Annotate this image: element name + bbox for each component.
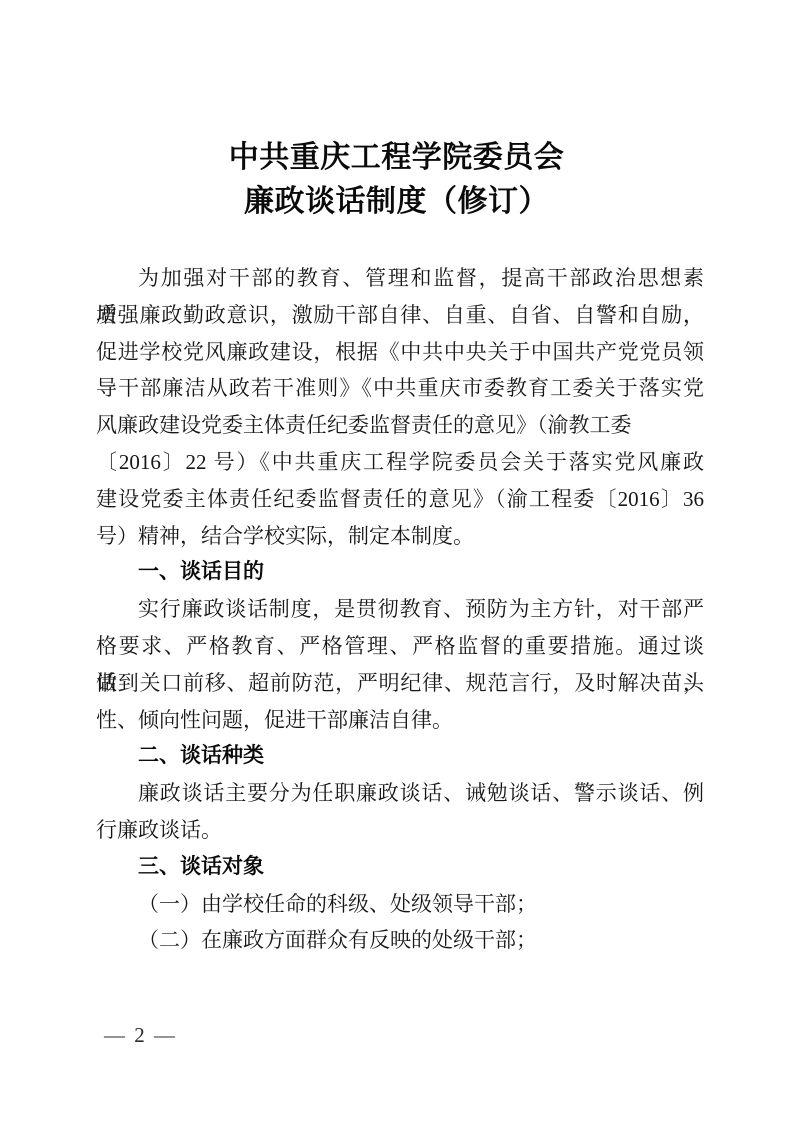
paragraph-line: 〔2016〕22 号）《中共重庆工程学院委员会关于落实党风廉政 — [96, 444, 704, 481]
paragraph-line: 做到关口前移、超前防范，严明纪律、规范言行，及时解决苗头 — [96, 665, 704, 702]
paragraph-line: 行廉政谈话。 — [96, 812, 704, 849]
section-heading-3: 三、谈话对象 — [96, 849, 704, 886]
paragraph-line: 性、倾向性问题，促进干部廉洁自律。 — [96, 702, 704, 739]
page-number: — 2 — — [104, 1020, 177, 1050]
paragraph-line: 为加强对干部的教育、管理和监督，提高干部政治思想素质， — [96, 260, 704, 297]
paragraph-line: 促进学校党风廉政建设，根据《中共中央关于中国共产党党员领 — [96, 334, 704, 371]
paragraph-line: 实行廉政谈话制度，是贯彻教育、预防为主方针，对干部严 — [96, 591, 704, 628]
paragraph-line: 导干部廉洁从政若干准则》《中共重庆市委教育工委关于落实党 — [96, 370, 704, 407]
paragraph-line: 建设党委主体责任纪委监督责任的意见》（渝工程委〔2016〕36 — [96, 481, 704, 518]
paragraph-line: 增强廉政勤政意识，激励干部自律、自重、自省、自警和自励， — [96, 297, 704, 334]
list-item-line: （一）由学校任命的科级、处级领导干部； — [96, 886, 704, 923]
section-heading-1: 一、谈话目的 — [96, 554, 704, 591]
paragraph-line: 廉政谈话主要分为任职廉政谈话、诫勉谈话、警示谈话、例 — [96, 775, 704, 812]
list-item-line: （二）在廉政方面群众有反映的处级干部； — [96, 922, 704, 959]
title-line-2: 廉政谈话制度（修订） — [0, 180, 793, 224]
paragraph-line: 风廉政建设党委主体责任纪委监督责任的意见》（渝教工委 — [96, 407, 704, 444]
section-heading-2: 二、谈话种类 — [96, 738, 704, 775]
paragraph-line: 号）精神，结合学校实际，制定本制度。 — [96, 518, 704, 555]
paragraph-line: 格要求、严格教育、严格管理、严格监督的重要措施。通过谈话， — [96, 628, 704, 665]
title-line-1: 中共重庆工程学院委员会 — [0, 136, 793, 180]
document-page: 中共重庆工程学院委员会 廉政谈话制度（修订） 为加强对干部的教育、管理和监督，提… — [0, 0, 793, 1122]
document-body: 为加强对干部的教育、管理和监督，提高干部政治思想素质， 增强廉政勤政意识，激励干… — [96, 260, 704, 959]
document-title: 中共重庆工程学院委员会 廉政谈话制度（修订） — [0, 136, 793, 224]
